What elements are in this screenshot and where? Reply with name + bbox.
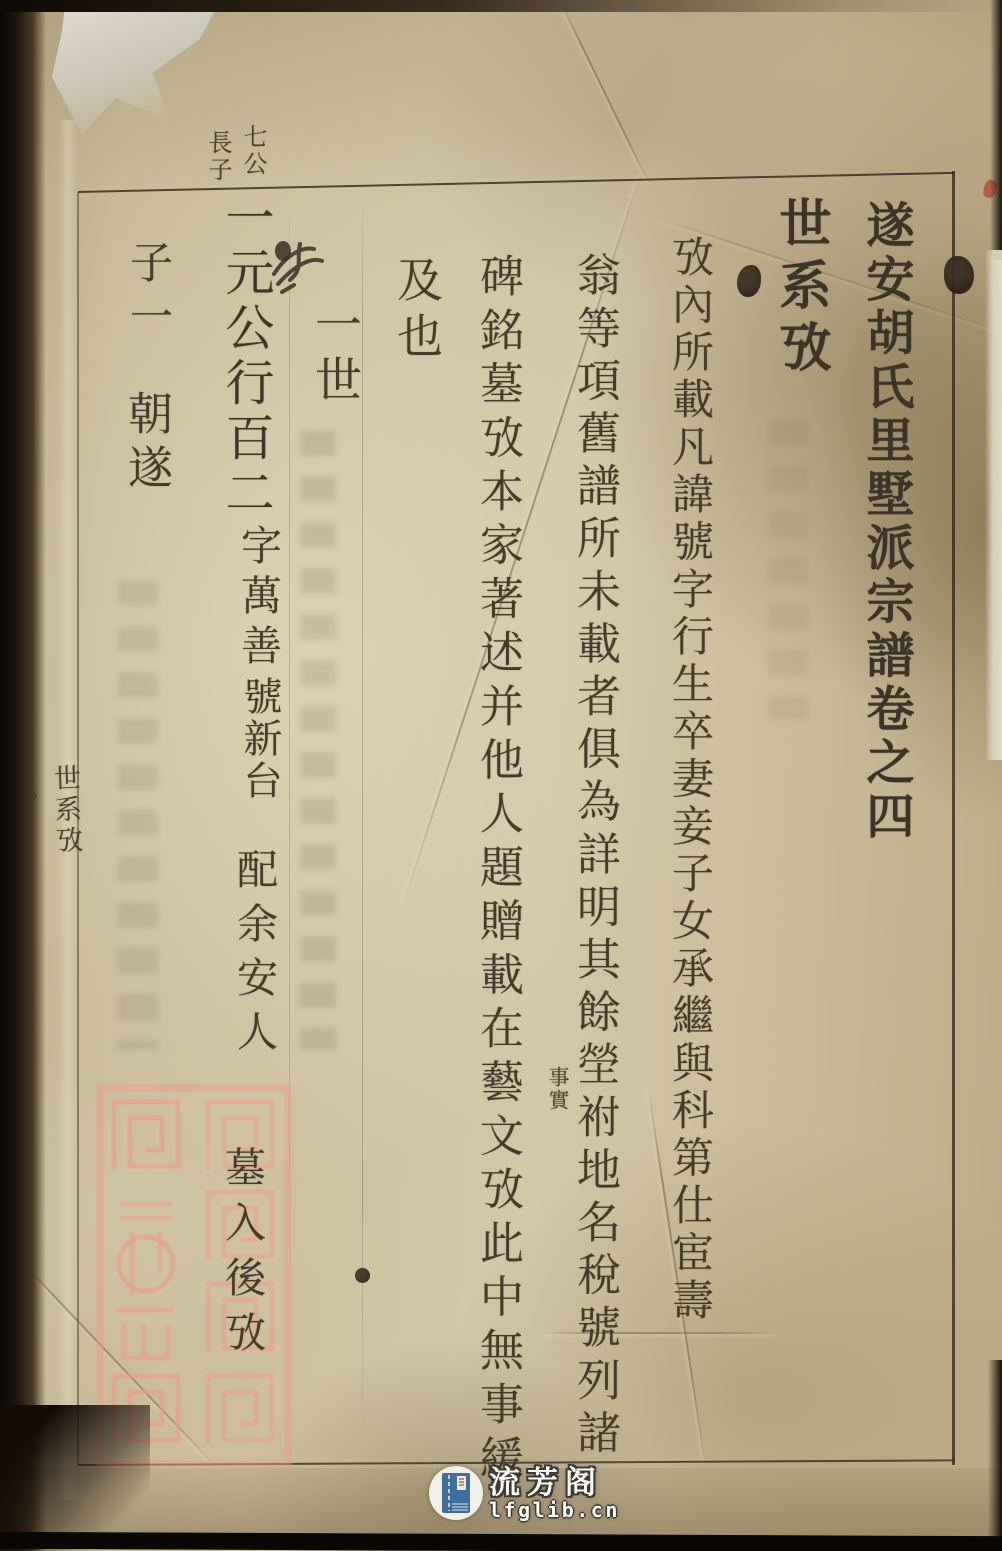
photo-top-edge <box>0 0 1002 12</box>
generation-header: 一世 <box>301 300 368 410</box>
spouse-line: 配余安人 <box>225 848 284 1064</box>
ink-bleedthrough <box>300 430 336 1050</box>
ink-dot <box>355 1268 370 1283</box>
page-edge-highlight <box>985 250 1002 760</box>
genealogy-page-scan: 遂安胡氏里墅派宗譜卷之四 世系攷 攷內所載凡諱號字行生卒妻妾子女承繼與科第仕宦壽… <box>0 0 1002 1551</box>
photo-corner-shadow <box>990 0 1002 260</box>
section-heading: 世系攷 <box>763 196 838 382</box>
watermark-site-name: 流芳阁 <box>489 1466 620 1500</box>
ink-blot <box>944 256 974 294</box>
photo-bottom-edge <box>0 1532 1002 1551</box>
stitched-book-icon <box>440 1472 472 1514</box>
interlinear-note: 事實 <box>543 1066 573 1112</box>
preface-column-2: 翁等項舊譜所未載者俱為詳明其餘塋祔地名稅號列諸 <box>562 252 626 1462</box>
ink-bleedthrough <box>118 580 158 1050</box>
tomb-line: 墓入後攷 <box>213 1146 272 1366</box>
book-spine-edge <box>0 0 46 1551</box>
watermark-site-url: lfglib.cn <box>489 1500 620 1521</box>
photo-corner-shadow <box>988 1360 1002 1551</box>
volume-title: 遂安胡氏里墅派宗譜卷之四 <box>852 200 921 844</box>
son-name-line: 朝遂 <box>114 390 179 498</box>
sons-count-line: 子一 <box>118 240 179 348</box>
preface-column-3: 碑銘墓攷本家著述并他人題贈載在藝文攷此中無事緩 <box>465 253 529 1488</box>
watermark-logo-circle <box>429 1466 483 1520</box>
ink-scribble <box>268 238 334 304</box>
margin-note-left: 長子 <box>201 130 236 184</box>
photo-corner-shadow <box>0 1405 150 1551</box>
preface-column-4: 及也 <box>384 256 450 368</box>
site-watermark: 流芳阁 lfglib.cn <box>429 1466 620 1521</box>
frame-border-right <box>952 171 955 1465</box>
preface-column-1: 攷內所載凡諱號字行生卒妻妾子女承繼與科第仕宦壽 <box>660 235 720 1325</box>
hao-name-line: 號新台 <box>231 676 287 802</box>
margin-note-right: 七公 <box>236 124 271 178</box>
courtesy-name-line: 字萬善 <box>229 524 288 674</box>
spine-label: 世系攷 <box>44 763 86 857</box>
ink-bleedthrough <box>768 420 808 720</box>
